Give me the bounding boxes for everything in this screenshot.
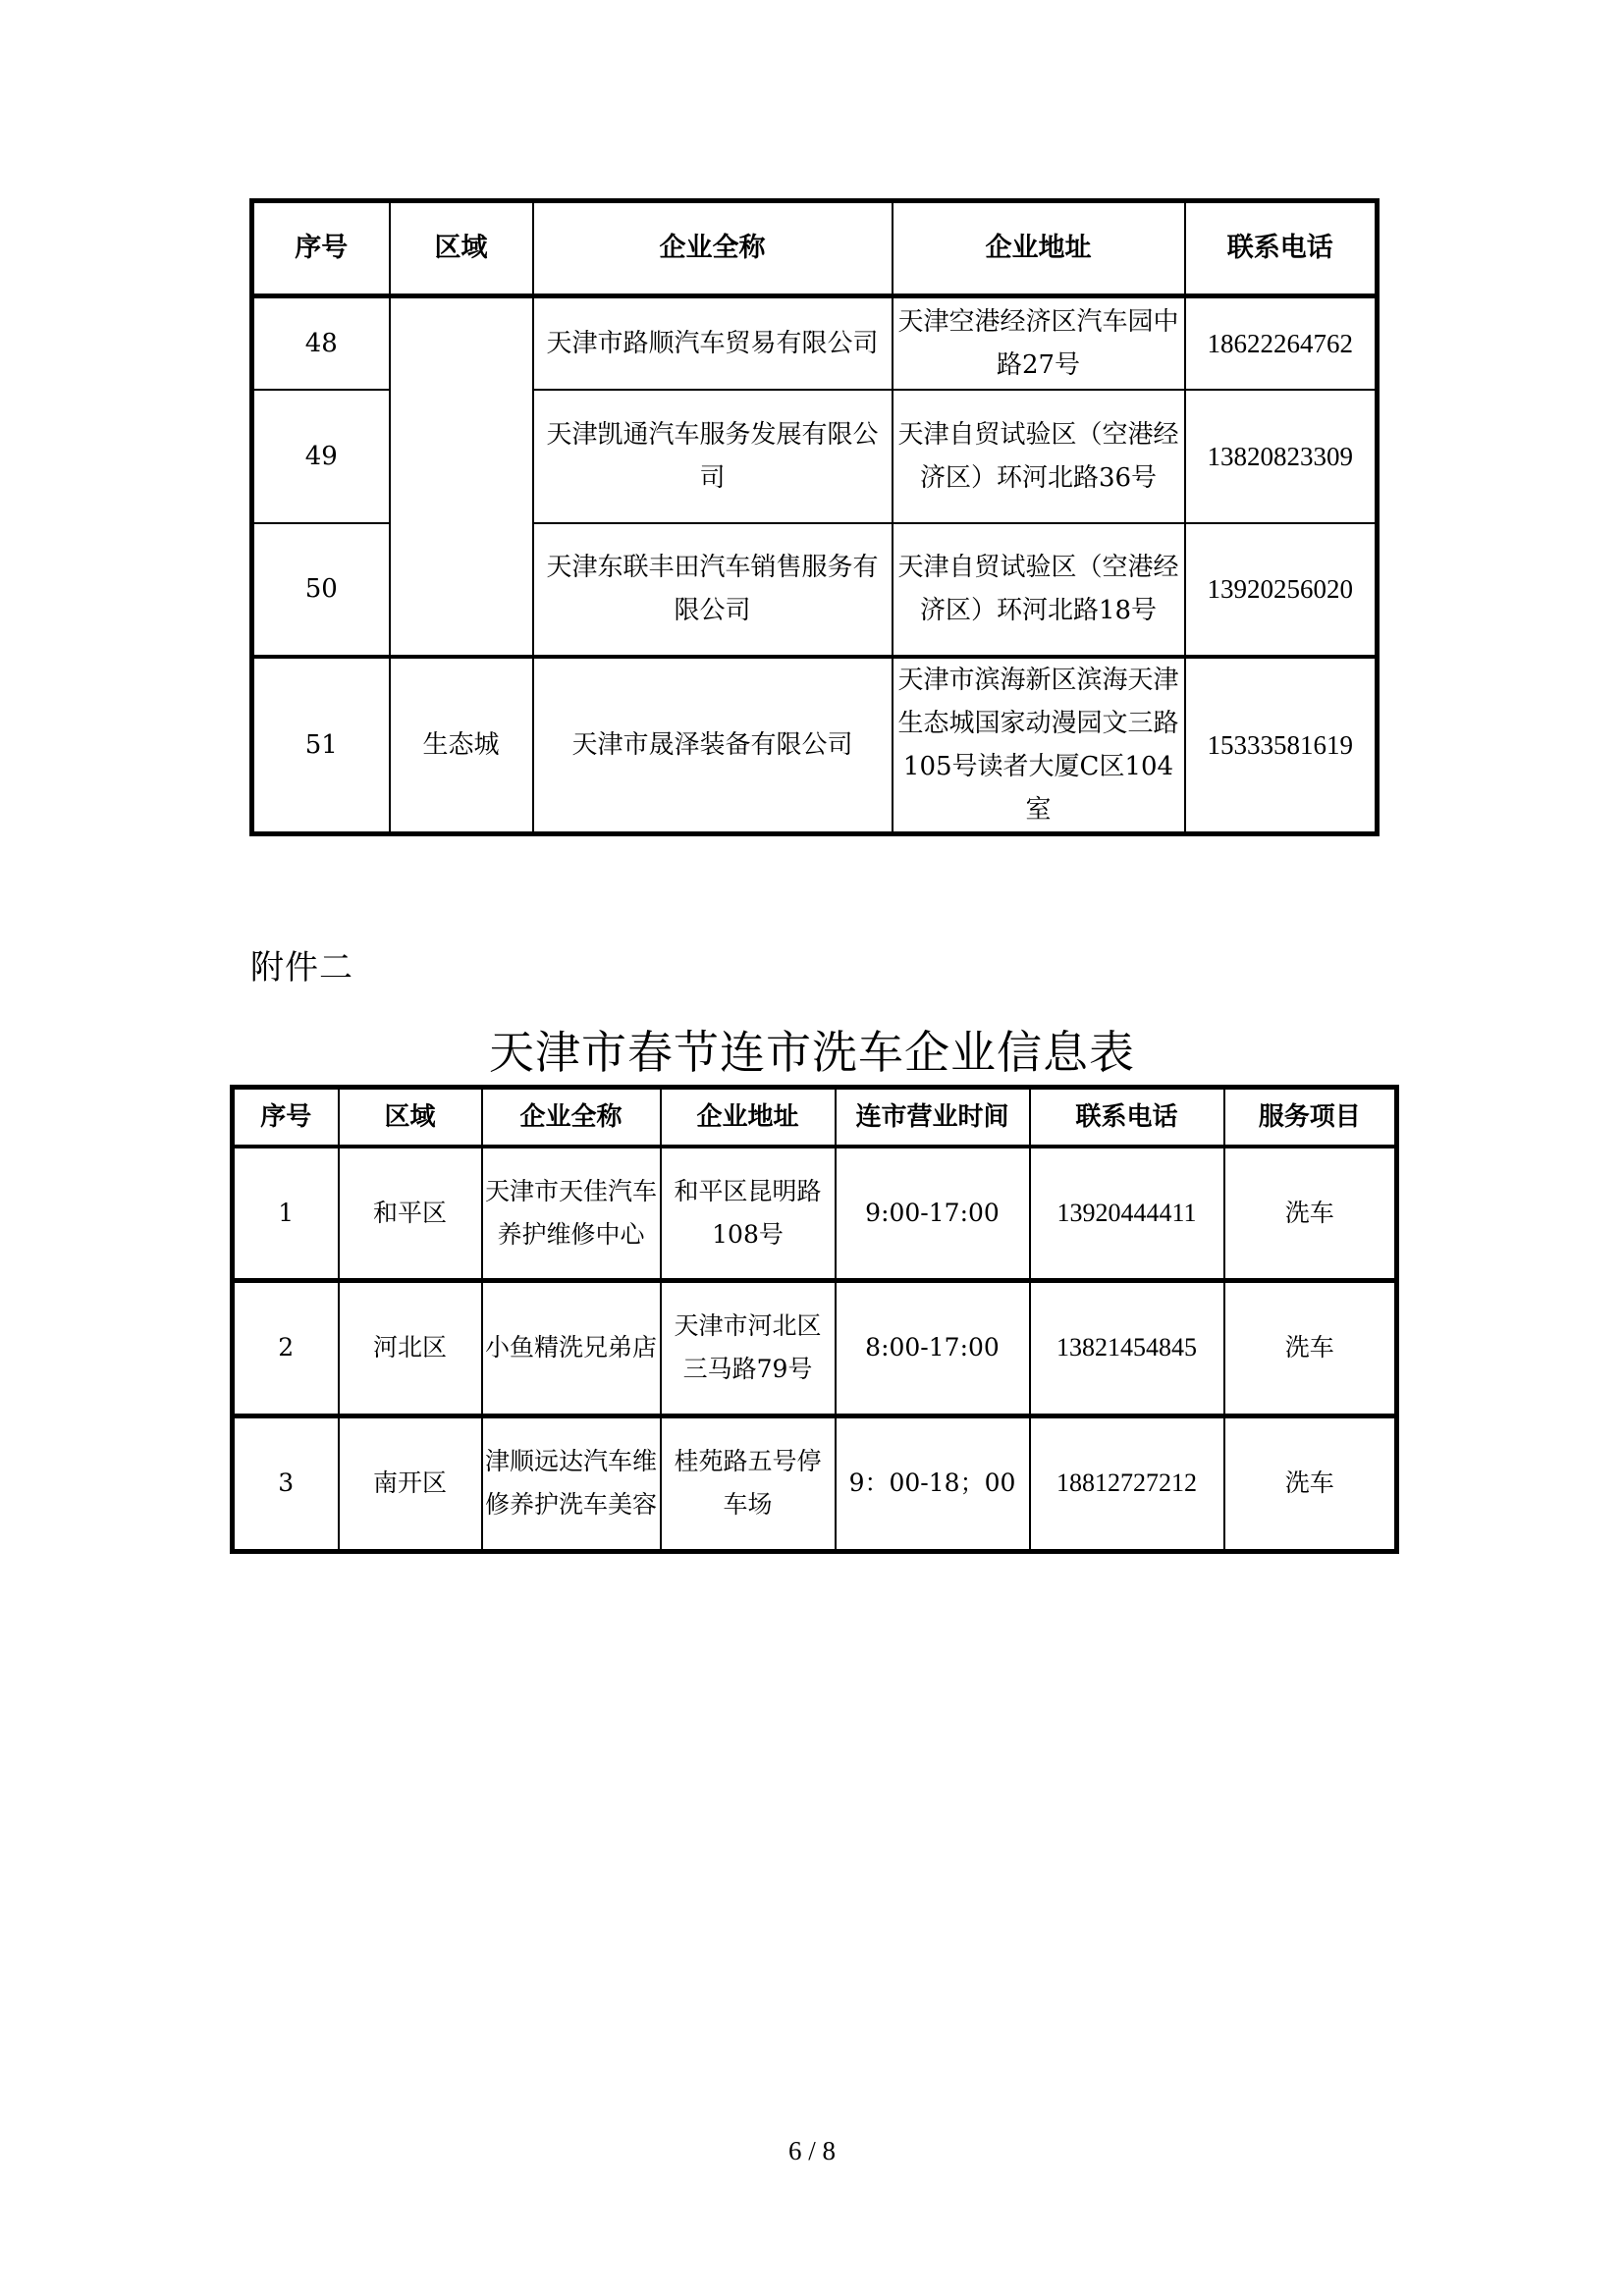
cell-hours: 8:00-17:00 xyxy=(836,1280,1030,1415)
cell-address: 桂苑路五号停车场 xyxy=(661,1415,836,1551)
cell-address: 天津空港经济区汽车园中路27号 xyxy=(893,296,1185,390)
cell-address: 天津自贸试验区（空港经济区）环河北路36号 xyxy=(893,390,1185,523)
dealer-table-continued: 序号 区域 企业全称 企业地址 联系电话 48 天津市路顺汽车贸易有限公司 天津… xyxy=(249,198,1380,836)
cell-no: 1 xyxy=(233,1147,339,1280)
cell-region: 和平区 xyxy=(339,1147,482,1280)
cell-hours: 9：00-18；00 xyxy=(836,1415,1030,1551)
cell-no: 2 xyxy=(233,1280,339,1415)
cell-address: 和平区昆明路108号 xyxy=(661,1147,836,1280)
header-service: 服务项目 xyxy=(1224,1088,1397,1148)
car-wash-table: 序号 区域 企业全称 企业地址 连市营业时间 联系电话 服务项目 1 和平区 天… xyxy=(230,1085,1399,1554)
table-row: 3 南开区 津顺远达汽车维修养护洗车美容 桂苑路五号停车场 9：00-18；00… xyxy=(233,1415,1397,1551)
cell-hours: 9:00-17:00 xyxy=(836,1147,1030,1280)
cell-company-name: 天津凯通汽车服务发展有限公司 xyxy=(533,390,893,523)
cell-no: 3 xyxy=(233,1415,339,1551)
cell-region: 河北区 xyxy=(339,1280,482,1415)
cell-company-name: 天津市路顺汽车贸易有限公司 xyxy=(533,296,893,390)
table-row: 2 河北区 小鱼精洗兄弟店 天津市河北区三马路79号 8:00-17:00 13… xyxy=(233,1280,1397,1415)
cell-service: 洗车 xyxy=(1224,1147,1397,1280)
cell-phone: 13920444411 xyxy=(1030,1147,1224,1280)
cell-company-name: 天津东联丰田汽车销售服务有限公司 xyxy=(533,523,893,657)
cell-service: 洗车 xyxy=(1224,1280,1397,1415)
cell-company-name: 津顺远达汽车维修养护洗车美容 xyxy=(482,1415,661,1551)
header-phone: 联系电话 xyxy=(1185,201,1378,296)
cell-phone: 13920256020 xyxy=(1185,523,1378,657)
header-region: 区域 xyxy=(339,1088,482,1148)
cell-phone: 18622264762 xyxy=(1185,296,1378,390)
header-phone: 联系电话 xyxy=(1030,1088,1224,1148)
cell-address: 天津市滨海新区滨海天津生态城国家动漫园文三路105号读者大厦C区104室 xyxy=(893,657,1185,834)
cell-phone: 13820823309 xyxy=(1185,390,1378,523)
cell-phone: 15333581619 xyxy=(1185,657,1378,834)
header-company-name: 企业全称 xyxy=(482,1088,661,1148)
table-header-row: 序号 区域 企业全称 企业地址 联系电话 xyxy=(252,201,1378,296)
cell-region-merged xyxy=(390,296,533,657)
header-address: 企业地址 xyxy=(893,201,1185,296)
cell-no: 50 xyxy=(252,523,390,657)
cell-service: 洗车 xyxy=(1224,1415,1397,1551)
cell-phone: 18812727212 xyxy=(1030,1415,1224,1551)
page-number: 6 / 8 xyxy=(0,2136,1624,2166)
cell-region: 生态城 xyxy=(390,657,533,834)
cell-no: 48 xyxy=(252,296,390,390)
table-row: 48 天津市路顺汽车贸易有限公司 天津空港经济区汽车园中路27号 1862226… xyxy=(252,296,1378,390)
cell-company-name: 天津市天佳汽车养护维修中心 xyxy=(482,1147,661,1280)
cell-address: 天津市河北区三马路79号 xyxy=(661,1280,836,1415)
cell-phone: 13821454845 xyxy=(1030,1280,1224,1415)
cell-address: 天津自贸试验区（空港经济区）环河北路18号 xyxy=(893,523,1185,657)
header-no: 序号 xyxy=(252,201,390,296)
header-no: 序号 xyxy=(233,1088,339,1148)
cell-no: 51 xyxy=(252,657,390,834)
table-row: 51 生态城 天津市晟泽装备有限公司 天津市滨海新区滨海天津生态城国家动漫园文三… xyxy=(252,657,1378,834)
cell-region: 南开区 xyxy=(339,1415,482,1551)
header-address: 企业地址 xyxy=(661,1088,836,1148)
header-region: 区域 xyxy=(390,201,533,296)
header-hours: 连市营业时间 xyxy=(836,1088,1030,1148)
cell-company-name: 小鱼精洗兄弟店 xyxy=(482,1280,661,1415)
header-company-name: 企业全称 xyxy=(533,201,893,296)
table-row: 1 和平区 天津市天佳汽车养护维修中心 和平区昆明路108号 9:00-17:0… xyxy=(233,1147,1397,1280)
page-title: 天津市春节连市洗车企业信息表 xyxy=(0,1017,1624,1082)
cell-company-name: 天津市晟泽装备有限公司 xyxy=(533,657,893,834)
annex-label: 附件二 xyxy=(250,940,353,988)
cell-no: 49 xyxy=(252,390,390,523)
table-header-row: 序号 区域 企业全称 企业地址 连市营业时间 联系电话 服务项目 xyxy=(233,1088,1397,1148)
